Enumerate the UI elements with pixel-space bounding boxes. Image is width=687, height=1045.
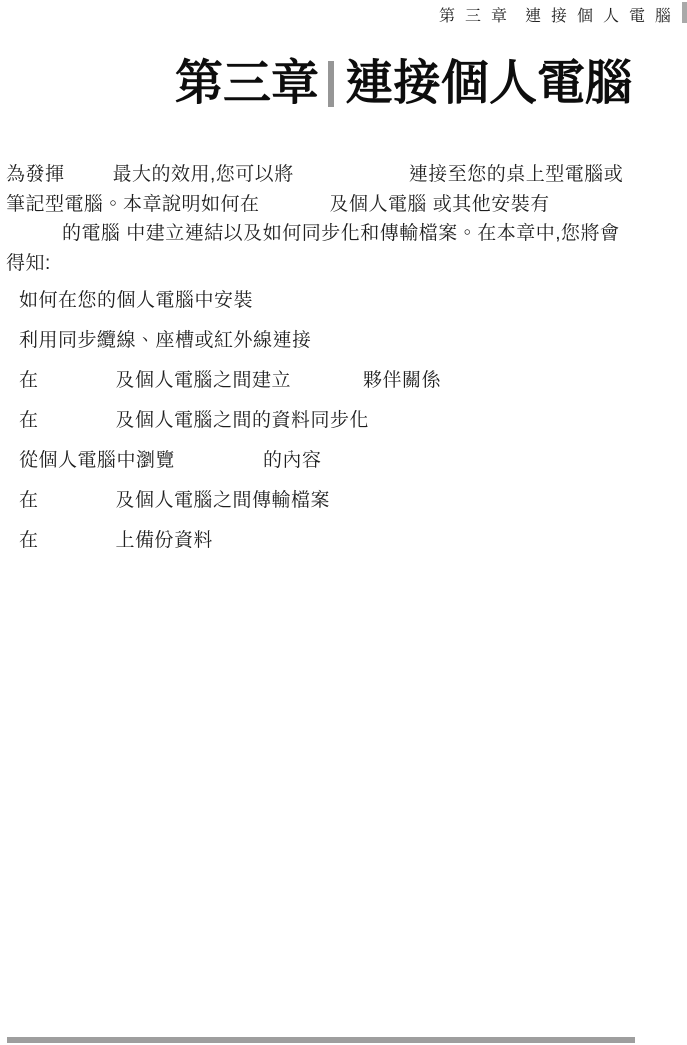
text-segment: 連接至您的桌上型電腦或 xyxy=(409,164,624,185)
text-gap xyxy=(294,179,409,180)
topic-item: 在上備份資料 xyxy=(19,529,441,552)
text-gap xyxy=(175,465,263,466)
text-gap xyxy=(65,179,113,180)
intro-line-1: 為發揮最大的效用,您可以將連接至您的桌上型電腦或 xyxy=(6,160,623,190)
text-segment: 得知: xyxy=(6,253,51,274)
chapter-subject: 連接個人電腦 xyxy=(345,56,633,113)
text-segment: 筆記型電腦。本章說明如何在 xyxy=(6,194,260,215)
header-edge-bar xyxy=(682,2,687,23)
footer-bar xyxy=(7,1037,635,1043)
chapter-title: 第三章 連接個人電腦 xyxy=(175,56,633,113)
topic-text: 在 xyxy=(19,410,39,431)
topics-list: 如何在您的個人電腦中安裝 利用同步纜線、座槽或紅外線連接 在及個人電腦之間建立夥… xyxy=(19,289,441,569)
intro-line-2: 筆記型電腦。本章說明如何在及個人電腦 或其他安裝有 xyxy=(6,190,623,220)
running-header-chapter: 第三章 xyxy=(439,8,517,25)
topic-item: 從個人電腦中瀏覽的內容 xyxy=(19,449,441,472)
topic-text: 夥伴關係 xyxy=(363,370,441,391)
topic-item: 在及個人電腦之間傳輸檔案 xyxy=(19,489,441,512)
topic-item: 利用同步纜線、座槽或紅外線連接 xyxy=(19,329,441,352)
topic-item: 在及個人電腦之間建立夥伴關係 xyxy=(19,369,441,392)
text-gap xyxy=(291,385,363,386)
intro-line-3: 的電腦 中建立連結以及如何同步化和傳輸檔案。在本章中,您將會 xyxy=(6,219,623,249)
intro-paragraph: 為發揮最大的效用,您可以將連接至您的桌上型電腦或 筆記型電腦。本章說明如何在及個… xyxy=(6,160,623,278)
topic-text: 從個人電腦中瀏覽 xyxy=(19,450,175,471)
running-header: 第三章連接個人電腦 xyxy=(439,3,681,26)
text-segment: 及個人電腦 或其他安裝有 xyxy=(330,194,550,215)
text-gap xyxy=(6,238,62,239)
intro-line-4: 得知: xyxy=(6,249,623,279)
text-gap xyxy=(260,209,330,210)
topic-text: 在 xyxy=(19,530,39,551)
topic-text: 在 xyxy=(19,490,39,511)
topic-text: 及個人電腦之間建立 xyxy=(116,370,292,391)
title-divider xyxy=(328,61,334,107)
topic-text: 及個人電腦之間傳輸檔案 xyxy=(116,490,331,511)
text-segment: 為發揮 xyxy=(6,164,65,185)
topic-text: 在 xyxy=(19,370,39,391)
text-gap xyxy=(39,505,116,506)
text-gap xyxy=(39,545,116,546)
text-gap xyxy=(39,425,116,426)
text-gap xyxy=(39,385,116,386)
topic-item: 如何在您的個人電腦中安裝 xyxy=(19,289,441,312)
text-segment: 的電腦 中建立連結以及如何同步化和傳輸檔案。在本章中,您將會 xyxy=(62,223,620,244)
manual-page: 第三章連接個人電腦 第三章 連接個人電腦 為發揮最大的效用,您可以將連接至您的桌… xyxy=(0,0,687,1045)
topic-text: 及個人電腦之間的資料同步化 xyxy=(116,410,370,431)
topic-text: 上備份資料 xyxy=(116,530,214,551)
topic-text: 如何在您的個人電腦中安裝 xyxy=(19,290,253,311)
chapter-number: 第三章 xyxy=(175,56,319,113)
text-segment: 最大的效用,您可以將 xyxy=(113,164,294,185)
topic-text: 的內容 xyxy=(263,450,322,471)
topic-item: 在及個人電腦之間的資料同步化 xyxy=(19,409,441,432)
topic-text: 利用同步纜線、座槽或紅外線連接 xyxy=(19,330,312,351)
running-header-title: 連接個人電腦 xyxy=(525,8,681,25)
